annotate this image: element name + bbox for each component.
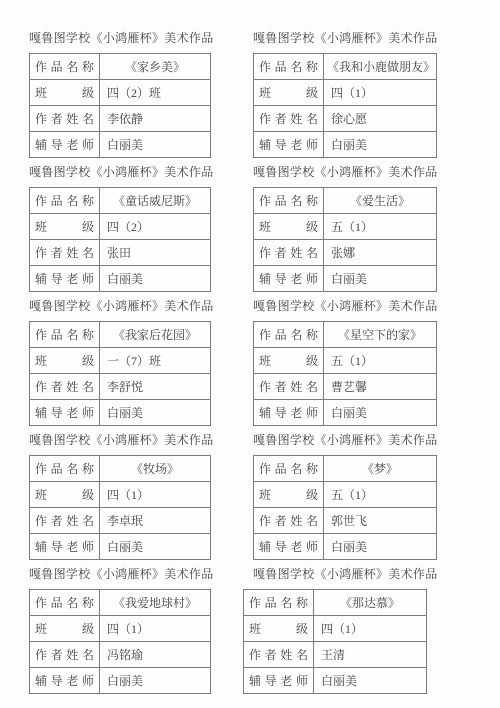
table-row-teacher: 辅导老师 白丽美 [254,534,437,560]
award-card: 嘎鲁图学校《小鸿雁杯》美术作品 作品名称 《童话威尼斯》 班级 四（2） 作者姓… [29,164,211,292]
school-competition-title: 嘎鲁图学校《小鸿雁杯》美术作品 [29,30,211,46]
author-value: 张田 [100,240,211,266]
field-label-class: 班级 [30,482,100,508]
table-row-author: 作者姓名 王清 [244,642,427,668]
table-row-author: 作者姓名 李卓珉 [30,508,211,534]
table-row-author: 作者姓名 徐心愿 [254,106,437,132]
entry-table: 作品名称 《童话威尼斯》 班级 四（2） 作者姓名 张田 辅导老师 白丽美 [29,187,211,292]
field-label-work-title: 作品名称 [30,456,100,482]
entry-table-body: 作品名称 《我家后花园》 班级 一（7）班 作者姓名 李舒悦 辅导老师 白丽美 [30,322,211,426]
teacher-value: 白丽美 [314,668,427,694]
table-row-class: 班级 四（2） [30,214,211,240]
table-row-teacher: 辅导老师 白丽美 [30,132,211,158]
school-competition-title: 嘎鲁图学校《小鸿雁杯》美术作品 [29,298,211,314]
field-label-teacher: 辅导老师 [30,132,100,158]
author-value: 郭世飞 [324,508,437,534]
field-label-author: 作者姓名 [30,642,100,668]
table-row-author: 作者姓名 张田 [30,240,211,266]
table-row-title: 作品名称 《那达慕》 [244,590,427,616]
teacher-value: 白丽美 [100,132,211,158]
school-competition-title: 嘎鲁图学校《小鸿雁杯》美术作品 [29,164,211,180]
table-row-author: 作者姓名 李依静 [30,106,211,132]
field-label-class: 班级 [244,616,314,642]
entry-table-body: 作品名称 《我和小鹿做朋友》 班级 四（1） 作者姓名 徐心愿 辅导老师 白丽美 [254,54,437,158]
field-label-class: 班级 [254,348,324,374]
school-competition-title: 嘎鲁图学校《小鸿雁杯》美术作品 [253,298,437,314]
field-label-work-title: 作品名称 [244,590,314,616]
table-row-class: 班级 四（1） [254,80,437,106]
author-value: 王清 [314,642,427,668]
class-value: 四（1） [100,482,211,508]
school-competition-title: 嘎鲁图学校《小鸿雁杯》美术作品 [253,164,437,180]
field-label-teacher: 辅导老师 [254,534,324,560]
work-title-value: 《梦》 [324,456,437,482]
field-label-author: 作者姓名 [30,106,100,132]
teacher-value: 白丽美 [324,400,437,426]
entry-table-body: 作品名称 《家乡美》 班级 四（2）班 作者姓名 李依静 辅导老师 白丽美 [30,54,211,158]
entry-table: 作品名称 《爱生活》 班级 五（1） 作者姓名 张娜 辅导老师 白丽美 [253,187,437,292]
entry-table-body: 作品名称 《牧场》 班级 四（1） 作者姓名 李卓珉 辅导老师 白丽美 [30,456,211,560]
field-label-work-title: 作品名称 [254,322,324,348]
award-card: 嘎鲁图学校《小鸿雁杯》美术作品 作品名称 《星空下的家》 班级 五（1） 作者姓… [253,298,437,426]
entry-table: 作品名称 《我和小鹿做朋友》 班级 四（1） 作者姓名 徐心愿 辅导老师 白丽美 [253,53,437,158]
author-value: 冯铭瑜 [100,642,211,668]
teacher-value: 白丽美 [100,400,211,426]
class-value: 五（1） [324,214,437,240]
award-cards-grid: 嘎鲁图学校《小鸿雁杯》美术作品 作品名称 《家乡美》 班级 四（2）班 作者姓名… [29,30,500,694]
award-card: 嘎鲁图学校《小鸿雁杯》美术作品 作品名称 《梦》 班级 五（1） 作者姓名 郭世… [253,432,437,560]
class-value: 一（7）班 [100,348,211,374]
entry-table-body: 作品名称 《爱生活》 班级 五（1） 作者姓名 张娜 辅导老师 白丽美 [254,188,437,292]
table-row-teacher: 辅导老师 白丽美 [30,400,211,426]
work-title-value: 《家乡美》 [100,54,211,80]
field-label-class: 班级 [30,80,100,106]
field-label-teacher: 辅导老师 [30,266,100,292]
teacher-value: 白丽美 [324,534,437,560]
field-label-author: 作者姓名 [254,374,324,400]
class-value: 四（1） [314,616,427,642]
class-value: 四（1） [100,616,211,642]
table-row-class: 班级 四（1） [30,482,211,508]
table-row-title: 作品名称 《梦》 [254,456,437,482]
class-value: 四（1） [324,80,437,106]
teacher-value: 白丽美 [324,132,437,158]
table-row-title: 作品名称 《我爱地球村》 [30,590,211,616]
author-value: 李卓珉 [100,508,211,534]
work-title-value: 《我爱地球村》 [100,590,211,616]
field-label-class: 班级 [30,616,100,642]
teacher-value: 白丽美 [100,266,211,292]
field-label-author: 作者姓名 [244,642,314,668]
table-row-title: 作品名称 《星空下的家》 [254,322,437,348]
work-title-value: 《星空下的家》 [324,322,437,348]
author-value: 李依静 [100,106,211,132]
table-row-title: 作品名称 《我和小鹿做朋友》 [254,54,437,80]
field-label-teacher: 辅导老师 [254,400,324,426]
field-label-author: 作者姓名 [30,508,100,534]
school-competition-title: 嘎鲁图学校《小鸿雁杯》美术作品 [253,566,437,582]
award-card: 嘎鲁图学校《小鸿雁杯》美术作品 作品名称 《那达慕》 班级 四（1） 作者姓名 … [253,566,437,694]
table-row-class: 班级 四（1） [244,616,427,642]
author-value: 徐心愿 [324,106,437,132]
table-row-title: 作品名称 《牧场》 [30,456,211,482]
class-value: 五（1） [324,348,437,374]
field-label-author: 作者姓名 [254,106,324,132]
award-card: 嘎鲁图学校《小鸿雁杯》美术作品 作品名称 《我家后花园》 班级 一（7）班 作者… [29,298,211,426]
table-row-author: 作者姓名 曹艺馨 [254,374,437,400]
teacher-value: 白丽美 [100,534,211,560]
field-label-work-title: 作品名称 [254,456,324,482]
table-row-author: 作者姓名 冯铭瑜 [30,642,211,668]
field-label-teacher: 辅导老师 [30,400,100,426]
author-value: 李舒悦 [100,374,211,400]
table-row-teacher: 辅导老师 白丽美 [30,534,211,560]
work-title-value: 《我家后花园》 [100,322,211,348]
table-row-teacher: 辅导老师 白丽美 [254,132,437,158]
table-row-class: 班级 四（2）班 [30,80,211,106]
table-row-teacher: 辅导老师 白丽美 [30,668,211,694]
field-label-class: 班级 [30,214,100,240]
class-value: 四（2）班 [100,80,211,106]
entry-table-body: 作品名称 《童话威尼斯》 班级 四（2） 作者姓名 张田 辅导老师 白丽美 [30,188,211,292]
field-label-work-title: 作品名称 [30,322,100,348]
field-label-class: 班级 [30,348,100,374]
work-title-value: 《牧场》 [100,456,211,482]
field-label-teacher: 辅导老师 [254,132,324,158]
table-row-teacher: 辅导老师 白丽美 [254,400,437,426]
field-label-teacher: 辅导老师 [254,266,324,292]
field-label-teacher: 辅导老师 [244,668,314,694]
field-label-work-title: 作品名称 [254,54,324,80]
field-label-teacher: 辅导老师 [30,534,100,560]
table-row-class: 班级 四（1） [30,616,211,642]
entry-table: 作品名称 《星空下的家》 班级 五（1） 作者姓名 曹艺馨 辅导老师 白丽美 [253,321,437,426]
teacher-value: 白丽美 [324,266,437,292]
field-label-work-title: 作品名称 [30,590,100,616]
table-row-title: 作品名称 《家乡美》 [30,54,211,80]
award-card: 嘎鲁图学校《小鸿雁杯》美术作品 作品名称 《爱生活》 班级 五（1） 作者姓名 … [253,164,437,292]
school-competition-title: 嘎鲁图学校《小鸿雁杯》美术作品 [29,566,211,582]
field-label-teacher: 辅导老师 [30,668,100,694]
entry-table: 作品名称 《家乡美》 班级 四（2）班 作者姓名 李依静 辅导老师 白丽美 [29,53,211,158]
table-row-class: 班级 五（1） [254,214,437,240]
teacher-value: 白丽美 [100,668,211,694]
table-row-class: 班级 五（1） [254,482,437,508]
school-competition-title: 嘎鲁图学校《小鸿雁杯》美术作品 [253,432,437,448]
entry-table-body: 作品名称 《那达慕》 班级 四（1） 作者姓名 王清 辅导老师 白丽美 [244,590,427,694]
entry-table-body: 作品名称 《我爱地球村》 班级 四（1） 作者姓名 冯铭瑜 辅导老师 白丽美 [30,590,211,694]
award-card: 嘎鲁图学校《小鸿雁杯》美术作品 作品名称 《牧场》 班级 四（1） 作者姓名 李… [29,432,211,560]
table-row-author: 作者姓名 李舒悦 [30,374,211,400]
school-competition-title: 嘎鲁图学校《小鸿雁杯》美术作品 [29,432,211,448]
award-card: 嘎鲁图学校《小鸿雁杯》美术作品 作品名称 《我和小鹿做朋友》 班级 四（1） 作… [253,30,437,158]
table-row-teacher: 辅导老师 白丽美 [30,266,211,292]
school-competition-title: 嘎鲁图学校《小鸿雁杯》美术作品 [253,30,437,46]
entry-table: 作品名称 《牧场》 班级 四（1） 作者姓名 李卓珉 辅导老师 白丽美 [29,455,211,560]
field-label-class: 班级 [254,482,324,508]
class-value: 四（2） [100,214,211,240]
field-label-author: 作者姓名 [254,240,324,266]
work-title-value: 《爱生活》 [324,188,437,214]
table-row-class: 班级 五（1） [254,348,437,374]
work-title-value: 《童话威尼斯》 [100,188,211,214]
entry-table-body: 作品名称 《梦》 班级 五（1） 作者姓名 郭世飞 辅导老师 白丽美 [254,456,437,560]
entry-table: 作品名称 《那达慕》 班级 四（1） 作者姓名 王清 辅导老师 白丽美 [243,589,427,694]
document-page: 嘎鲁图学校《小鸿雁杯》美术作品 作品名称 《家乡美》 班级 四（2）班 作者姓名… [0,0,500,708]
field-label-work-title: 作品名称 [30,188,100,214]
field-label-class: 班级 [254,214,324,240]
author-value: 曹艺馨 [324,374,437,400]
class-value: 五（1） [324,482,437,508]
table-row-teacher: 辅导老师 白丽美 [254,266,437,292]
entry-table: 作品名称 《我爱地球村》 班级 四（1） 作者姓名 冯铭瑜 辅导老师 白丽美 [29,589,211,694]
entry-table: 作品名称 《梦》 班级 五（1） 作者姓名 郭世飞 辅导老师 白丽美 [253,455,437,560]
author-value: 张娜 [324,240,437,266]
field-label-class: 班级 [254,80,324,106]
field-label-author: 作者姓名 [30,240,100,266]
table-row-title: 作品名称 《童话威尼斯》 [30,188,211,214]
table-row-class: 班级 一（7）班 [30,348,211,374]
table-row-teacher: 辅导老师 白丽美 [244,668,427,694]
award-card: 嘎鲁图学校《小鸿雁杯》美术作品 作品名称 《家乡美》 班级 四（2）班 作者姓名… [29,30,211,158]
field-label-author: 作者姓名 [30,374,100,400]
work-title-value: 《那达慕》 [314,590,427,616]
table-row-author: 作者姓名 张娜 [254,240,437,266]
entry-table-body: 作品名称 《星空下的家》 班级 五（1） 作者姓名 曹艺馨 辅导老师 白丽美 [254,322,437,426]
field-label-work-title: 作品名称 [30,54,100,80]
table-row-title: 作品名称 《爱生活》 [254,188,437,214]
field-label-author: 作者姓名 [254,508,324,534]
award-card: 嘎鲁图学校《小鸿雁杯》美术作品 作品名称 《我爱地球村》 班级 四（1） 作者姓… [29,566,211,694]
table-row-author: 作者姓名 郭世飞 [254,508,437,534]
work-title-value: 《我和小鹿做朋友》 [324,54,437,80]
field-label-work-title: 作品名称 [254,188,324,214]
entry-table: 作品名称 《我家后花园》 班级 一（7）班 作者姓名 李舒悦 辅导老师 白丽美 [29,321,211,426]
table-row-title: 作品名称 《我家后花园》 [30,322,211,348]
